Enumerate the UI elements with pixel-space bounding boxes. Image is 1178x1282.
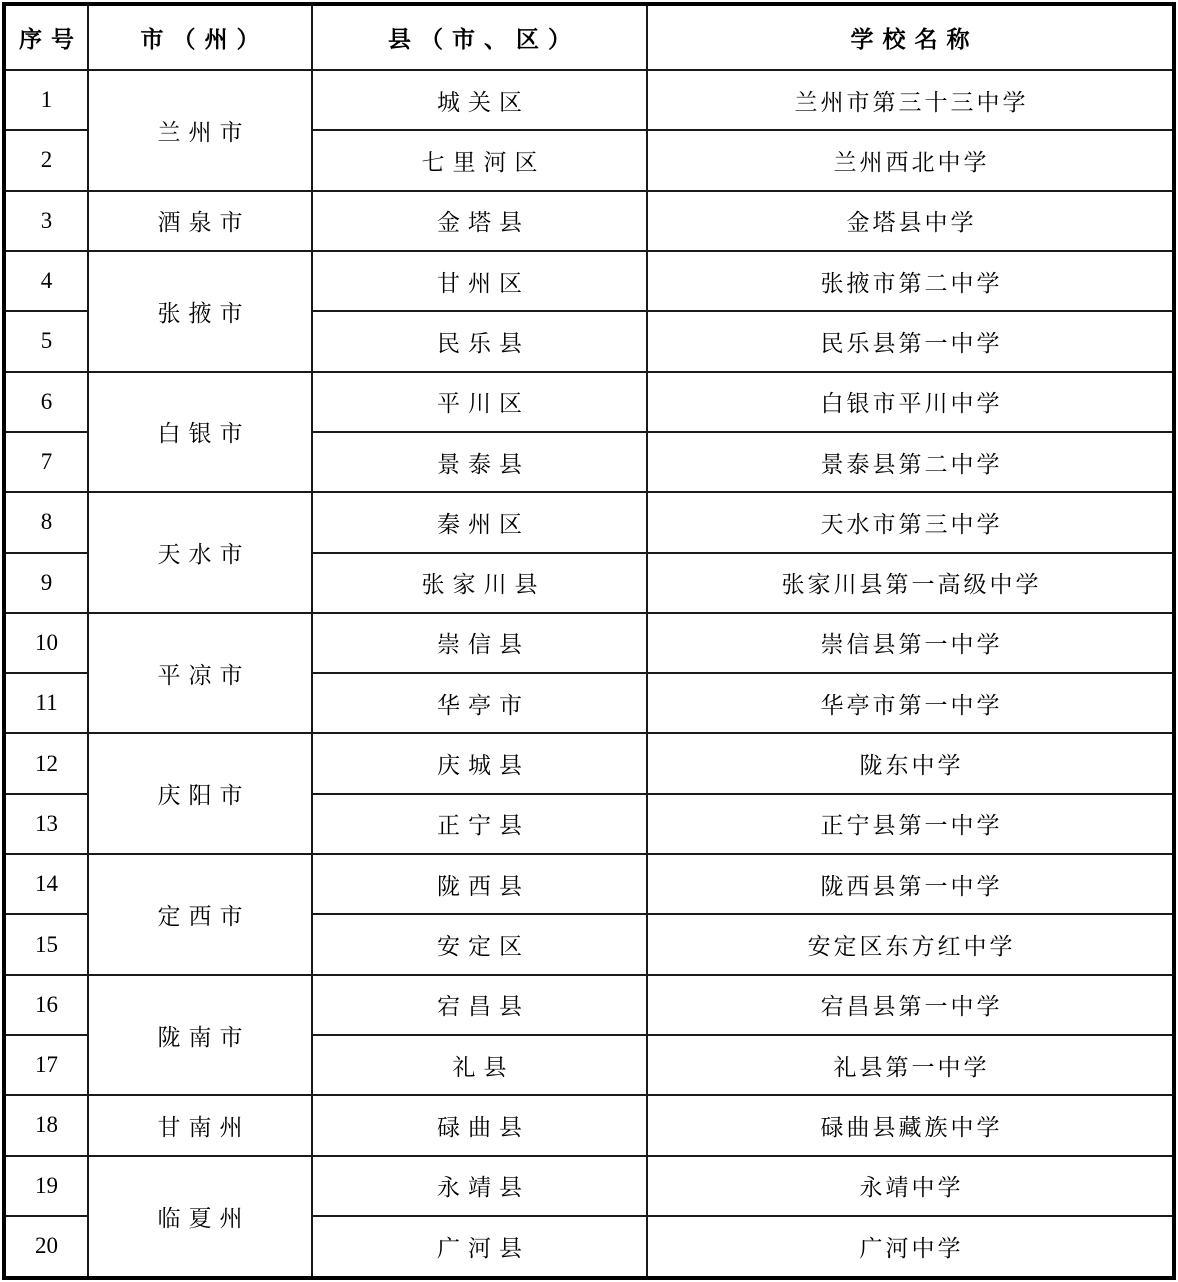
city-cell: 临夏州 — [88, 1156, 312, 1278]
school-name-cell: 景泰县第二中学 — [647, 432, 1174, 492]
header-cell-city: 市（州） — [88, 4, 312, 70]
row-index-cell: 20 — [4, 1216, 88, 1278]
row-index-cell: 17 — [4, 1035, 88, 1095]
table-row: 1兰州市城关区兰州市第三十三中学 — [4, 70, 1174, 130]
county-cell: 张家川县 — [312, 553, 647, 613]
row-index-cell: 14 — [4, 854, 88, 914]
city-cell: 平凉市 — [88, 613, 312, 734]
county-cell: 正宁县 — [312, 794, 647, 854]
school-name-cell: 陇西县第一中学 — [647, 854, 1174, 914]
county-cell: 碌曲县 — [312, 1095, 647, 1155]
row-index-cell: 5 — [4, 311, 88, 371]
school-name-cell: 张家川县第一高级中学 — [647, 553, 1174, 613]
city-cell: 酒泉市 — [88, 191, 312, 251]
school-name-cell: 正宁县第一中学 — [647, 794, 1174, 854]
school-name-cell: 兰州西北中学 — [647, 130, 1174, 190]
school-list-table: 序号 市（州） 县（市、区） 学校名称 1兰州市城关区兰州市第三十三中学2七里河… — [2, 2, 1176, 1280]
row-index-cell: 4 — [4, 251, 88, 311]
header-cell-county: 县（市、区） — [312, 4, 647, 70]
city-cell: 张掖市 — [88, 251, 312, 372]
row-index-cell: 13 — [4, 794, 88, 854]
header-row: 序号 市（州） 县（市、区） 学校名称 — [4, 4, 1174, 70]
row-index-cell: 3 — [4, 191, 88, 251]
document-page: 序号 市（州） 县（市、区） 学校名称 1兰州市城关区兰州市第三十三中学2七里河… — [0, 0, 1178, 1282]
county-cell: 永靖县 — [312, 1156, 647, 1216]
table-row: 6白银市平川区白银市平川中学 — [4, 372, 1174, 432]
table-row: 16陇南市宕昌县宕昌县第一中学 — [4, 975, 1174, 1035]
school-name-cell: 碌曲县藏族中学 — [647, 1095, 1174, 1155]
school-name-cell: 白银市平川中学 — [647, 372, 1174, 432]
table-row: 10平凉市崇信县崇信县第一中学 — [4, 613, 1174, 673]
county-cell: 陇西县 — [312, 854, 647, 914]
county-cell: 庆城县 — [312, 733, 647, 793]
city-cell: 庆阳市 — [88, 733, 312, 854]
row-index-cell: 7 — [4, 432, 88, 492]
row-index-cell: 12 — [4, 733, 88, 793]
city-cell: 天水市 — [88, 492, 312, 613]
school-name-cell: 陇东中学 — [647, 733, 1174, 793]
county-cell: 甘州区 — [312, 251, 647, 311]
table-row: 12庆阳市庆城县陇东中学 — [4, 733, 1174, 793]
county-cell: 民乐县 — [312, 311, 647, 371]
school-name-cell: 天水市第三中学 — [647, 492, 1174, 552]
row-index-cell: 8 — [4, 492, 88, 552]
table-row: 3酒泉市金塔县金塔县中学 — [4, 191, 1174, 251]
table-row: 8天水市秦州区天水市第三中学 — [4, 492, 1174, 552]
header-cell-index: 序号 — [4, 4, 88, 70]
county-cell: 景泰县 — [312, 432, 647, 492]
row-index-cell: 15 — [4, 914, 88, 974]
row-index-cell: 10 — [4, 613, 88, 673]
city-cell: 定西市 — [88, 854, 312, 975]
table-row: 19临夏州永靖县永靖中学 — [4, 1156, 1174, 1216]
table-row: 18甘南州碌曲县碌曲县藏族中学 — [4, 1095, 1174, 1155]
city-cell: 兰州市 — [88, 70, 312, 191]
county-cell: 七里河区 — [312, 130, 647, 190]
county-cell: 宕昌县 — [312, 975, 647, 1035]
county-cell: 安定区 — [312, 914, 647, 974]
county-cell: 礼县 — [312, 1035, 647, 1095]
row-index-cell: 6 — [4, 372, 88, 432]
school-name-cell: 崇信县第一中学 — [647, 613, 1174, 673]
header-cell-school: 学校名称 — [647, 4, 1174, 70]
city-cell: 甘南州 — [88, 1095, 312, 1155]
table-row: 4张掖市甘州区张掖市第二中学 — [4, 251, 1174, 311]
school-name-cell: 金塔县中学 — [647, 191, 1174, 251]
row-index-cell: 2 — [4, 130, 88, 190]
school-name-cell: 民乐县第一中学 — [647, 311, 1174, 371]
school-name-cell: 永靖中学 — [647, 1156, 1174, 1216]
row-index-cell: 11 — [4, 673, 88, 733]
city-cell: 陇南市 — [88, 975, 312, 1096]
county-cell: 广河县 — [312, 1216, 647, 1278]
county-cell: 崇信县 — [312, 613, 647, 673]
school-name-cell: 广河中学 — [647, 1216, 1174, 1278]
table-row: 14定西市陇西县陇西县第一中学 — [4, 854, 1174, 914]
row-index-cell: 9 — [4, 553, 88, 613]
city-cell: 白银市 — [88, 372, 312, 493]
county-cell: 金塔县 — [312, 191, 647, 251]
county-cell: 平川区 — [312, 372, 647, 432]
row-index-cell: 18 — [4, 1095, 88, 1155]
row-index-cell: 16 — [4, 975, 88, 1035]
school-name-cell: 宕昌县第一中学 — [647, 975, 1174, 1035]
school-name-cell: 华亭市第一中学 — [647, 673, 1174, 733]
school-name-cell: 兰州市第三十三中学 — [647, 70, 1174, 130]
school-name-cell: 礼县第一中学 — [647, 1035, 1174, 1095]
row-index-cell: 19 — [4, 1156, 88, 1216]
school-name-cell: 张掖市第二中学 — [647, 251, 1174, 311]
county-cell: 秦州区 — [312, 492, 647, 552]
county-cell: 华亭市 — [312, 673, 647, 733]
school-name-cell: 安定区东方红中学 — [647, 914, 1174, 974]
row-index-cell: 1 — [4, 70, 88, 130]
county-cell: 城关区 — [312, 70, 647, 130]
